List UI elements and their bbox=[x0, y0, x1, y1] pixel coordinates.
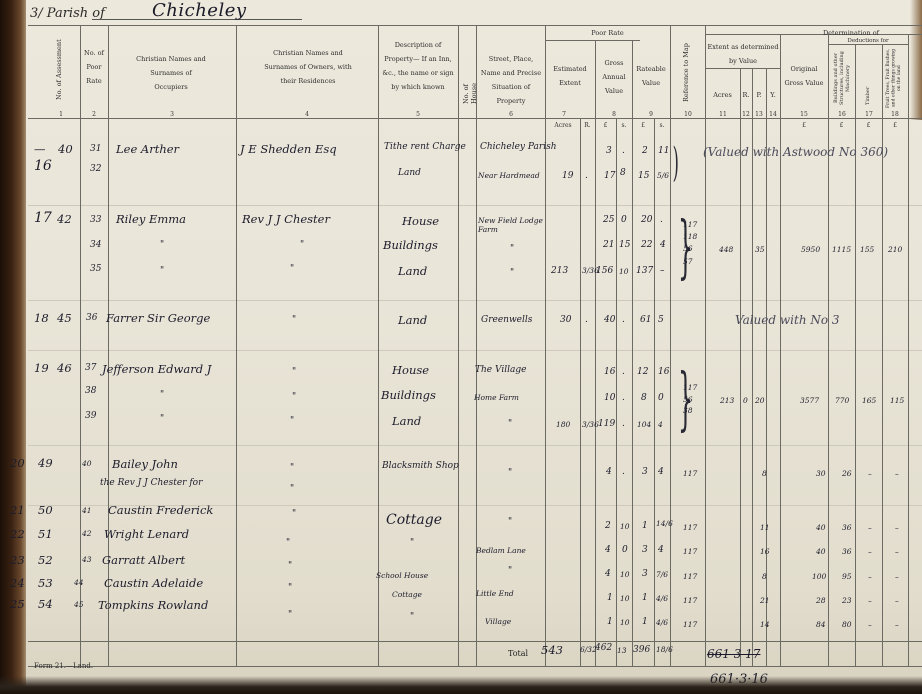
deduction-timber: 165 bbox=[862, 396, 876, 405]
brace: ) bbox=[673, 140, 679, 186]
entry-number: 53 bbox=[38, 576, 53, 590]
ditto-mark: " bbox=[160, 266, 164, 276]
gross-shillings: 10 bbox=[620, 594, 630, 603]
gross-shillings: 10 bbox=[620, 618, 630, 627]
header-p: P. bbox=[752, 88, 766, 102]
rateable-pounds: 1 bbox=[642, 593, 648, 603]
header-no-of-poor-rate: No. of Poor Rate bbox=[80, 46, 108, 88]
gross-pounds: 4 bbox=[605, 545, 611, 555]
map-reference: 57 bbox=[683, 257, 693, 266]
deduction-timber: – bbox=[868, 469, 872, 478]
map-reference: 117 bbox=[683, 620, 697, 629]
total-top-rule bbox=[28, 641, 922, 642]
poor-rate-number: 44 bbox=[74, 578, 84, 587]
column-number: 10 bbox=[682, 111, 694, 118]
total-label: Total bbox=[508, 649, 528, 658]
gross-pounds: 156 bbox=[596, 266, 613, 276]
page-mark: 3/ bbox=[30, 6, 43, 21]
property-location: Home Farm bbox=[474, 393, 519, 402]
rateable-pounds: 104 bbox=[637, 420, 651, 429]
rateable-shillings: 7/6 bbox=[656, 570, 668, 579]
ditto-mark: " bbox=[290, 484, 294, 494]
ditto-mark: " bbox=[290, 264, 294, 274]
assessment-number: 25 bbox=[10, 597, 25, 611]
deduction-buildings: 80 bbox=[842, 620, 852, 629]
gross-pounds: 4 bbox=[606, 467, 612, 477]
rateable-shillings: 4 bbox=[660, 240, 666, 250]
map-reference: 56 bbox=[683, 244, 693, 253]
deduction-buildings: 95 bbox=[842, 572, 852, 581]
column-number: 8 bbox=[608, 111, 620, 118]
property-description: Blacksmith Shop bbox=[382, 460, 460, 473]
rateable-shillings: 0 bbox=[658, 393, 664, 403]
deduction-buildings: 770 bbox=[835, 396, 849, 405]
occupier-name: Bailey John bbox=[112, 457, 178, 471]
map-reference: 117 bbox=[683, 596, 697, 605]
owner-name: J E Shedden Esq bbox=[240, 142, 337, 156]
map-reference: 117 bbox=[683, 383, 697, 392]
total-rateable-pounds: 396 bbox=[633, 645, 650, 655]
gross-pounds: 1 bbox=[607, 617, 613, 627]
map-reference: 56 bbox=[683, 395, 693, 404]
gross-shillings: 15 bbox=[619, 240, 630, 250]
ditto-mark: " bbox=[290, 463, 294, 473]
gross-pounds: 119 bbox=[598, 419, 615, 429]
deduction-buildings: 36 bbox=[842, 547, 852, 556]
total-extent: 543 bbox=[541, 643, 563, 657]
value-acres: 448 bbox=[719, 245, 733, 254]
gross-shillings: 0 bbox=[621, 215, 627, 225]
row-guide bbox=[28, 350, 922, 351]
header-description: Description of Property— If an Inn, &c.,… bbox=[380, 38, 456, 94]
row-guide bbox=[28, 445, 922, 446]
unit-label: Acres bbox=[548, 122, 578, 129]
column-number: 11 bbox=[717, 111, 729, 118]
property-description: Cottage bbox=[386, 512, 442, 528]
column-number: 12 bbox=[740, 111, 752, 118]
entry-number: 49 bbox=[38, 456, 53, 470]
column-number: 13 bbox=[753, 111, 765, 118]
occupier-name: Tompkins Rowland bbox=[98, 598, 208, 612]
col-divider bbox=[705, 25, 706, 666]
deduction-fruit-trees: – bbox=[895, 547, 899, 556]
assessment-number: 24 bbox=[10, 576, 25, 590]
entry-number: 51 bbox=[38, 527, 53, 541]
map-reference: 117 bbox=[683, 523, 697, 532]
total-value-struck: 661 3 17 bbox=[707, 647, 760, 661]
original-gross-value: 40 bbox=[816, 523, 826, 532]
poor-rate-number: 43 bbox=[82, 555, 92, 564]
occupier-name: Garratt Albert bbox=[102, 553, 185, 567]
poor-rate-number: 32 bbox=[90, 164, 101, 174]
column-number: 15 bbox=[798, 111, 810, 118]
col-divider bbox=[670, 25, 671, 666]
ditto-mark: " bbox=[508, 419, 512, 429]
property-location: Chicheley Parish bbox=[480, 142, 557, 152]
rateable-shillings: 14/6 bbox=[656, 519, 673, 528]
gross-pounds: 2 bbox=[605, 521, 611, 531]
ditto-mark: " bbox=[410, 612, 414, 622]
property-description: Buildings bbox=[383, 238, 438, 252]
gross-shillings: 0 bbox=[622, 545, 628, 555]
rateable-pounds: 3 bbox=[642, 569, 648, 579]
poor-rate-number: 42 bbox=[82, 529, 92, 538]
deduction-timber: 155 bbox=[860, 245, 874, 254]
entry-number: 42 bbox=[57, 212, 72, 226]
ditto-mark: " bbox=[160, 390, 164, 400]
unit-label: £ bbox=[632, 122, 654, 129]
rateable-pounds: 3 bbox=[642, 545, 648, 555]
ditto-mark: " bbox=[510, 268, 514, 278]
col-divider bbox=[580, 118, 581, 666]
poor-rate-number: 40 bbox=[82, 459, 92, 468]
poor-rate-number: 36 bbox=[86, 313, 97, 323]
property-description: Tithe rent Charge bbox=[384, 142, 466, 152]
deduction-fruit-trees: – bbox=[895, 620, 899, 629]
poor-rate-number: 39 bbox=[85, 411, 96, 421]
header-rateable-value: Rateable Value bbox=[634, 62, 668, 90]
valuation-note: Valued with No 3 bbox=[735, 313, 840, 327]
deduction-timber: – bbox=[868, 572, 872, 581]
col-divider bbox=[476, 25, 477, 666]
header-fruit-trees: Fruit Trees, Fruit Bushes, and other thi… bbox=[886, 48, 904, 108]
value-perches: 35 bbox=[755, 245, 765, 254]
rateable-shillings: 5 bbox=[658, 315, 664, 325]
column-number: 14 bbox=[767, 111, 779, 118]
assessment-number: 17 bbox=[34, 210, 52, 226]
estimated-extent: 213 bbox=[551, 266, 568, 276]
header-reference-to-map: Reference to Map bbox=[682, 38, 692, 108]
gross-pounds: 40 bbox=[604, 315, 615, 325]
header-no-of-assessment: No. of Assessment bbox=[55, 36, 65, 104]
property-description: Land bbox=[398, 168, 421, 178]
original-gross-value: 5950 bbox=[801, 245, 820, 254]
value-perches: 8 bbox=[762, 469, 767, 478]
entry-number: 50 bbox=[38, 503, 53, 517]
rateable-pounds: 1 bbox=[642, 521, 648, 531]
poor-rate-number: 35 bbox=[90, 264, 101, 274]
header-r: R. bbox=[740, 88, 752, 102]
row-guide bbox=[28, 205, 922, 206]
header-estimated-extent: Estimated Extent bbox=[548, 62, 592, 90]
header-no-of-house: No. of House bbox=[462, 75, 472, 113]
rateable-pounds: 3 bbox=[642, 467, 648, 477]
rateable-shillings: . bbox=[660, 215, 663, 225]
assessment-number: 23 bbox=[10, 553, 25, 567]
entry-number: 45 bbox=[57, 311, 72, 325]
gross-shillings: . bbox=[622, 367, 625, 377]
header-y: Y. bbox=[766, 88, 780, 102]
gross-shillings: . bbox=[622, 393, 625, 403]
header-deductions: Deductions for bbox=[828, 34, 908, 48]
ditto-mark: " bbox=[292, 392, 296, 402]
column-number: 18 bbox=[889, 111, 901, 118]
assessment-number: 20 bbox=[10, 456, 25, 470]
gross-pounds: 17 bbox=[604, 171, 615, 181]
col-divider bbox=[595, 40, 596, 666]
ditto-mark: " bbox=[286, 538, 290, 548]
property-location: Village bbox=[485, 617, 511, 626]
gross-shillings: 8 bbox=[620, 168, 626, 178]
gross-shillings: . bbox=[622, 315, 625, 325]
page-edge bbox=[910, 0, 922, 120]
deduction-buildings: 36 bbox=[842, 523, 852, 532]
assessment-number: 22 bbox=[10, 527, 25, 541]
deduction-fruit-trees: – bbox=[895, 572, 899, 581]
rateable-pounds: 15 bbox=[638, 171, 649, 181]
row-guide bbox=[28, 300, 922, 301]
gross-shillings: 10 bbox=[620, 570, 630, 579]
poor-rate-number: 37 bbox=[85, 363, 96, 373]
header-acres: Acres bbox=[705, 88, 740, 102]
rateable-pounds: 12 bbox=[637, 367, 648, 377]
column-number: 9 bbox=[645, 111, 657, 118]
header-owners: Christian Names and Surnames of Owners, … bbox=[260, 46, 356, 88]
owner-name: Rev J J Chester bbox=[242, 212, 330, 226]
deduction-buildings: 1115 bbox=[832, 245, 851, 254]
deduction-fruit-trees: – bbox=[895, 523, 899, 532]
poor-rate-rule bbox=[545, 40, 640, 41]
property-location: Bedlam Lane bbox=[476, 546, 526, 555]
col-divider bbox=[378, 25, 379, 666]
entry-number: 52 bbox=[38, 553, 53, 567]
unit-label: £ bbox=[855, 122, 882, 129]
property-description: House bbox=[402, 214, 439, 228]
unit-label: s. bbox=[654, 122, 670, 129]
occupier-name: Lee Arther bbox=[116, 142, 179, 156]
total-gross-shillings: 13 bbox=[617, 646, 627, 655]
col-divider bbox=[654, 118, 655, 666]
extent-roods: . bbox=[585, 171, 588, 181]
assessment-number: 16 bbox=[34, 158, 52, 174]
col-divider bbox=[80, 25, 81, 666]
occupier-name-note: the Rev J J Chester for bbox=[100, 478, 202, 488]
assessment-number: 21 bbox=[10, 503, 25, 517]
unit-label: £ bbox=[882, 122, 908, 129]
map-reference: 117 bbox=[683, 547, 697, 556]
col-divider bbox=[908, 34, 909, 666]
unit-label: R. bbox=[580, 122, 595, 129]
col-divider bbox=[108, 25, 109, 666]
rateable-shillings: 16 bbox=[658, 367, 669, 377]
gross-shillings: 10 bbox=[619, 267, 629, 276]
header-street-place: Street, Place, Name and Precise Situatio… bbox=[478, 52, 544, 108]
column-number: 7 bbox=[558, 111, 570, 118]
value-roods: 0 bbox=[743, 396, 748, 405]
occupier-name: Caustin Adelaide bbox=[104, 576, 203, 590]
rateable-shillings: 4 bbox=[658, 420, 663, 429]
deduction-timber: – bbox=[868, 620, 872, 629]
entry-number: 40 bbox=[58, 142, 73, 156]
col-divider bbox=[632, 40, 633, 666]
unit-label: £ bbox=[828, 122, 855, 129]
entry-number: 46 bbox=[57, 361, 72, 375]
estimated-extent: 30 bbox=[560, 315, 571, 325]
col-divider bbox=[458, 25, 459, 666]
ditto-mark: " bbox=[410, 538, 414, 548]
original-gross-value: 3577 bbox=[800, 396, 819, 405]
ditto-mark: " bbox=[292, 509, 296, 519]
deduction-timber: – bbox=[868, 596, 872, 605]
property-location: Greenwells bbox=[481, 315, 532, 325]
property-description: Land bbox=[398, 264, 427, 278]
gross-pounds: 21 bbox=[603, 240, 614, 250]
rateable-pounds: 8 bbox=[641, 393, 647, 403]
rateable-shillings: 4 bbox=[658, 545, 664, 555]
header-timber: Timber bbox=[864, 85, 872, 107]
ditto-mark: " bbox=[508, 566, 512, 576]
rateable-pounds: 20 bbox=[641, 215, 652, 225]
estimated-extent: 19 bbox=[562, 171, 573, 181]
rateable-pounds: 22 bbox=[641, 240, 652, 250]
ditto-mark: " bbox=[300, 240, 304, 250]
map-reference: 117 bbox=[683, 572, 697, 581]
column-number: 4 bbox=[301, 111, 313, 118]
gross-pounds: 3 bbox=[606, 146, 612, 156]
page-shadow bbox=[0, 676, 922, 694]
gross-shillings: 10 bbox=[620, 522, 630, 531]
property-description: House bbox=[392, 363, 429, 377]
header-extent-by-value: Extent as determined by Value bbox=[707, 40, 779, 68]
property-location: Little End bbox=[476, 589, 514, 598]
unit-label: £ bbox=[780, 122, 828, 129]
ditto-mark: " bbox=[510, 244, 514, 254]
ditto-mark: " bbox=[508, 517, 512, 527]
deduction-fruit-trees: – bbox=[895, 469, 899, 478]
header-gross-annual-value: Gross Annual Value bbox=[597, 56, 631, 98]
original-gross-value: 40 bbox=[816, 547, 826, 556]
estimated-extent: 180 bbox=[556, 420, 570, 429]
assessment-number: — bbox=[34, 142, 46, 156]
occupier-name: Caustin Frederick bbox=[108, 503, 213, 517]
column-number: 2 bbox=[88, 111, 100, 118]
poor-rate-number: 31 bbox=[90, 144, 101, 154]
gross-shillings: . bbox=[622, 146, 625, 156]
property-description: Land bbox=[398, 313, 427, 327]
extent-value-rule bbox=[705, 68, 780, 69]
total-rateable-shillings: 18/6 bbox=[656, 645, 673, 654]
deduction-buildings: 23 bbox=[842, 596, 852, 605]
ditto-mark: " bbox=[288, 561, 292, 571]
unit-label: s. bbox=[616, 122, 632, 129]
deduction-fruit-trees: 210 bbox=[888, 245, 902, 254]
assessment-number: 18 bbox=[34, 311, 49, 325]
poor-rate-number: 45 bbox=[74, 600, 84, 609]
column-number: 1 bbox=[55, 111, 67, 118]
valuation-note: (Valued with Astwood No 360) bbox=[703, 145, 888, 159]
poor-rate-number: 33 bbox=[90, 215, 101, 225]
original-gross-value: 30 bbox=[816, 469, 826, 478]
map-reference: 117 bbox=[683, 469, 697, 478]
occupier-name: Farrer Sir George bbox=[106, 311, 210, 325]
total-gross-pounds: 462 bbox=[595, 643, 612, 653]
ditto-mark: " bbox=[160, 414, 164, 424]
occupier-name: Riley Emma bbox=[116, 212, 186, 226]
ditto-mark: " bbox=[290, 416, 294, 426]
col-divider bbox=[236, 25, 237, 666]
column-number: 17 bbox=[863, 111, 875, 118]
column-number: 6 bbox=[505, 111, 517, 118]
property-description: School House bbox=[376, 571, 428, 580]
rateable-shillings: 5/6 bbox=[657, 171, 669, 180]
header-occupiers: Christian Names and Surnames of Occupier… bbox=[135, 52, 207, 94]
gross-shillings: . bbox=[622, 467, 625, 477]
gross-pounds: 1 bbox=[607, 593, 613, 603]
deduction-buildings: 26 bbox=[842, 469, 852, 478]
deduction-fruit-trees: 115 bbox=[890, 396, 904, 405]
rateable-pounds: 2 bbox=[642, 146, 648, 156]
col-divider bbox=[855, 44, 856, 666]
gross-pounds: 25 bbox=[603, 215, 614, 225]
gross-pounds: 10 bbox=[604, 393, 615, 403]
table-bottom-rule bbox=[28, 666, 922, 667]
value-perches: 21 bbox=[760, 596, 770, 605]
ditto-mark: " bbox=[288, 583, 292, 593]
map-reference: 118 bbox=[683, 232, 697, 241]
gross-pounds: 16 bbox=[604, 367, 615, 377]
map-reference: 38 bbox=[683, 406, 693, 415]
value-perches: 20 bbox=[755, 396, 765, 405]
rateable-pounds: 137 bbox=[636, 266, 653, 276]
header-poor-rate: Poor Rate bbox=[545, 26, 670, 40]
poor-rate-number: 34 bbox=[90, 240, 101, 250]
assessment-number: 19 bbox=[34, 361, 49, 375]
rateable-shillings: – bbox=[660, 266, 665, 276]
col-divider bbox=[882, 44, 883, 666]
rateable-shillings: 11 bbox=[658, 146, 669, 156]
ditto-mark: " bbox=[292, 315, 296, 325]
value-perches: 16 bbox=[760, 547, 770, 556]
ditto-mark: " bbox=[508, 468, 512, 478]
col-divider bbox=[545, 25, 546, 666]
value-perches: 14 bbox=[760, 620, 770, 629]
occupier-name: Jefferson Edward J bbox=[102, 362, 211, 376]
original-gross-value: 100 bbox=[812, 572, 826, 581]
property-location: Near Hardmead bbox=[478, 171, 540, 180]
property-location: The Village bbox=[475, 365, 526, 375]
ditto-mark: " bbox=[292, 367, 296, 377]
rateable-shillings: 4/6 bbox=[656, 618, 668, 627]
property-location: New Field Lodge Farm bbox=[478, 216, 544, 234]
col-divider bbox=[616, 118, 617, 666]
map-reference: 117 bbox=[683, 220, 697, 229]
value-perches: 11 bbox=[760, 523, 770, 532]
value-perches: 8 bbox=[762, 572, 767, 581]
ledger-page: 3/ Parish of Chicheley No. of Assessment… bbox=[0, 0, 922, 694]
rateable-shillings: 4/6 bbox=[656, 594, 668, 603]
original-gross-value: 84 bbox=[816, 620, 826, 629]
form-label: Form 21.—Land. bbox=[34, 662, 93, 670]
column-number: 5 bbox=[412, 111, 424, 118]
deduction-fruit-trees: – bbox=[895, 596, 899, 605]
ditto-mark: " bbox=[288, 610, 292, 620]
rateable-pounds: 61 bbox=[640, 315, 651, 325]
unit-label: £ bbox=[595, 122, 616, 129]
extent-roods: . bbox=[585, 315, 588, 325]
parish-name: Chicheley bbox=[152, 0, 247, 21]
property-description: Land bbox=[392, 414, 421, 428]
rateable-pounds: 1 bbox=[642, 617, 648, 627]
property-description: Cottage bbox=[392, 590, 422, 599]
original-gross-value: 28 bbox=[816, 596, 826, 605]
gross-shillings: . bbox=[622, 419, 625, 429]
poor-rate-number: 41 bbox=[82, 506, 92, 515]
header-buildings: Buildings and other Structures, includin… bbox=[833, 48, 851, 108]
column-number: 3 bbox=[166, 111, 178, 118]
entry-number: 54 bbox=[38, 597, 53, 611]
deduction-timber: – bbox=[868, 523, 872, 532]
gross-pounds: 4 bbox=[605, 569, 611, 579]
